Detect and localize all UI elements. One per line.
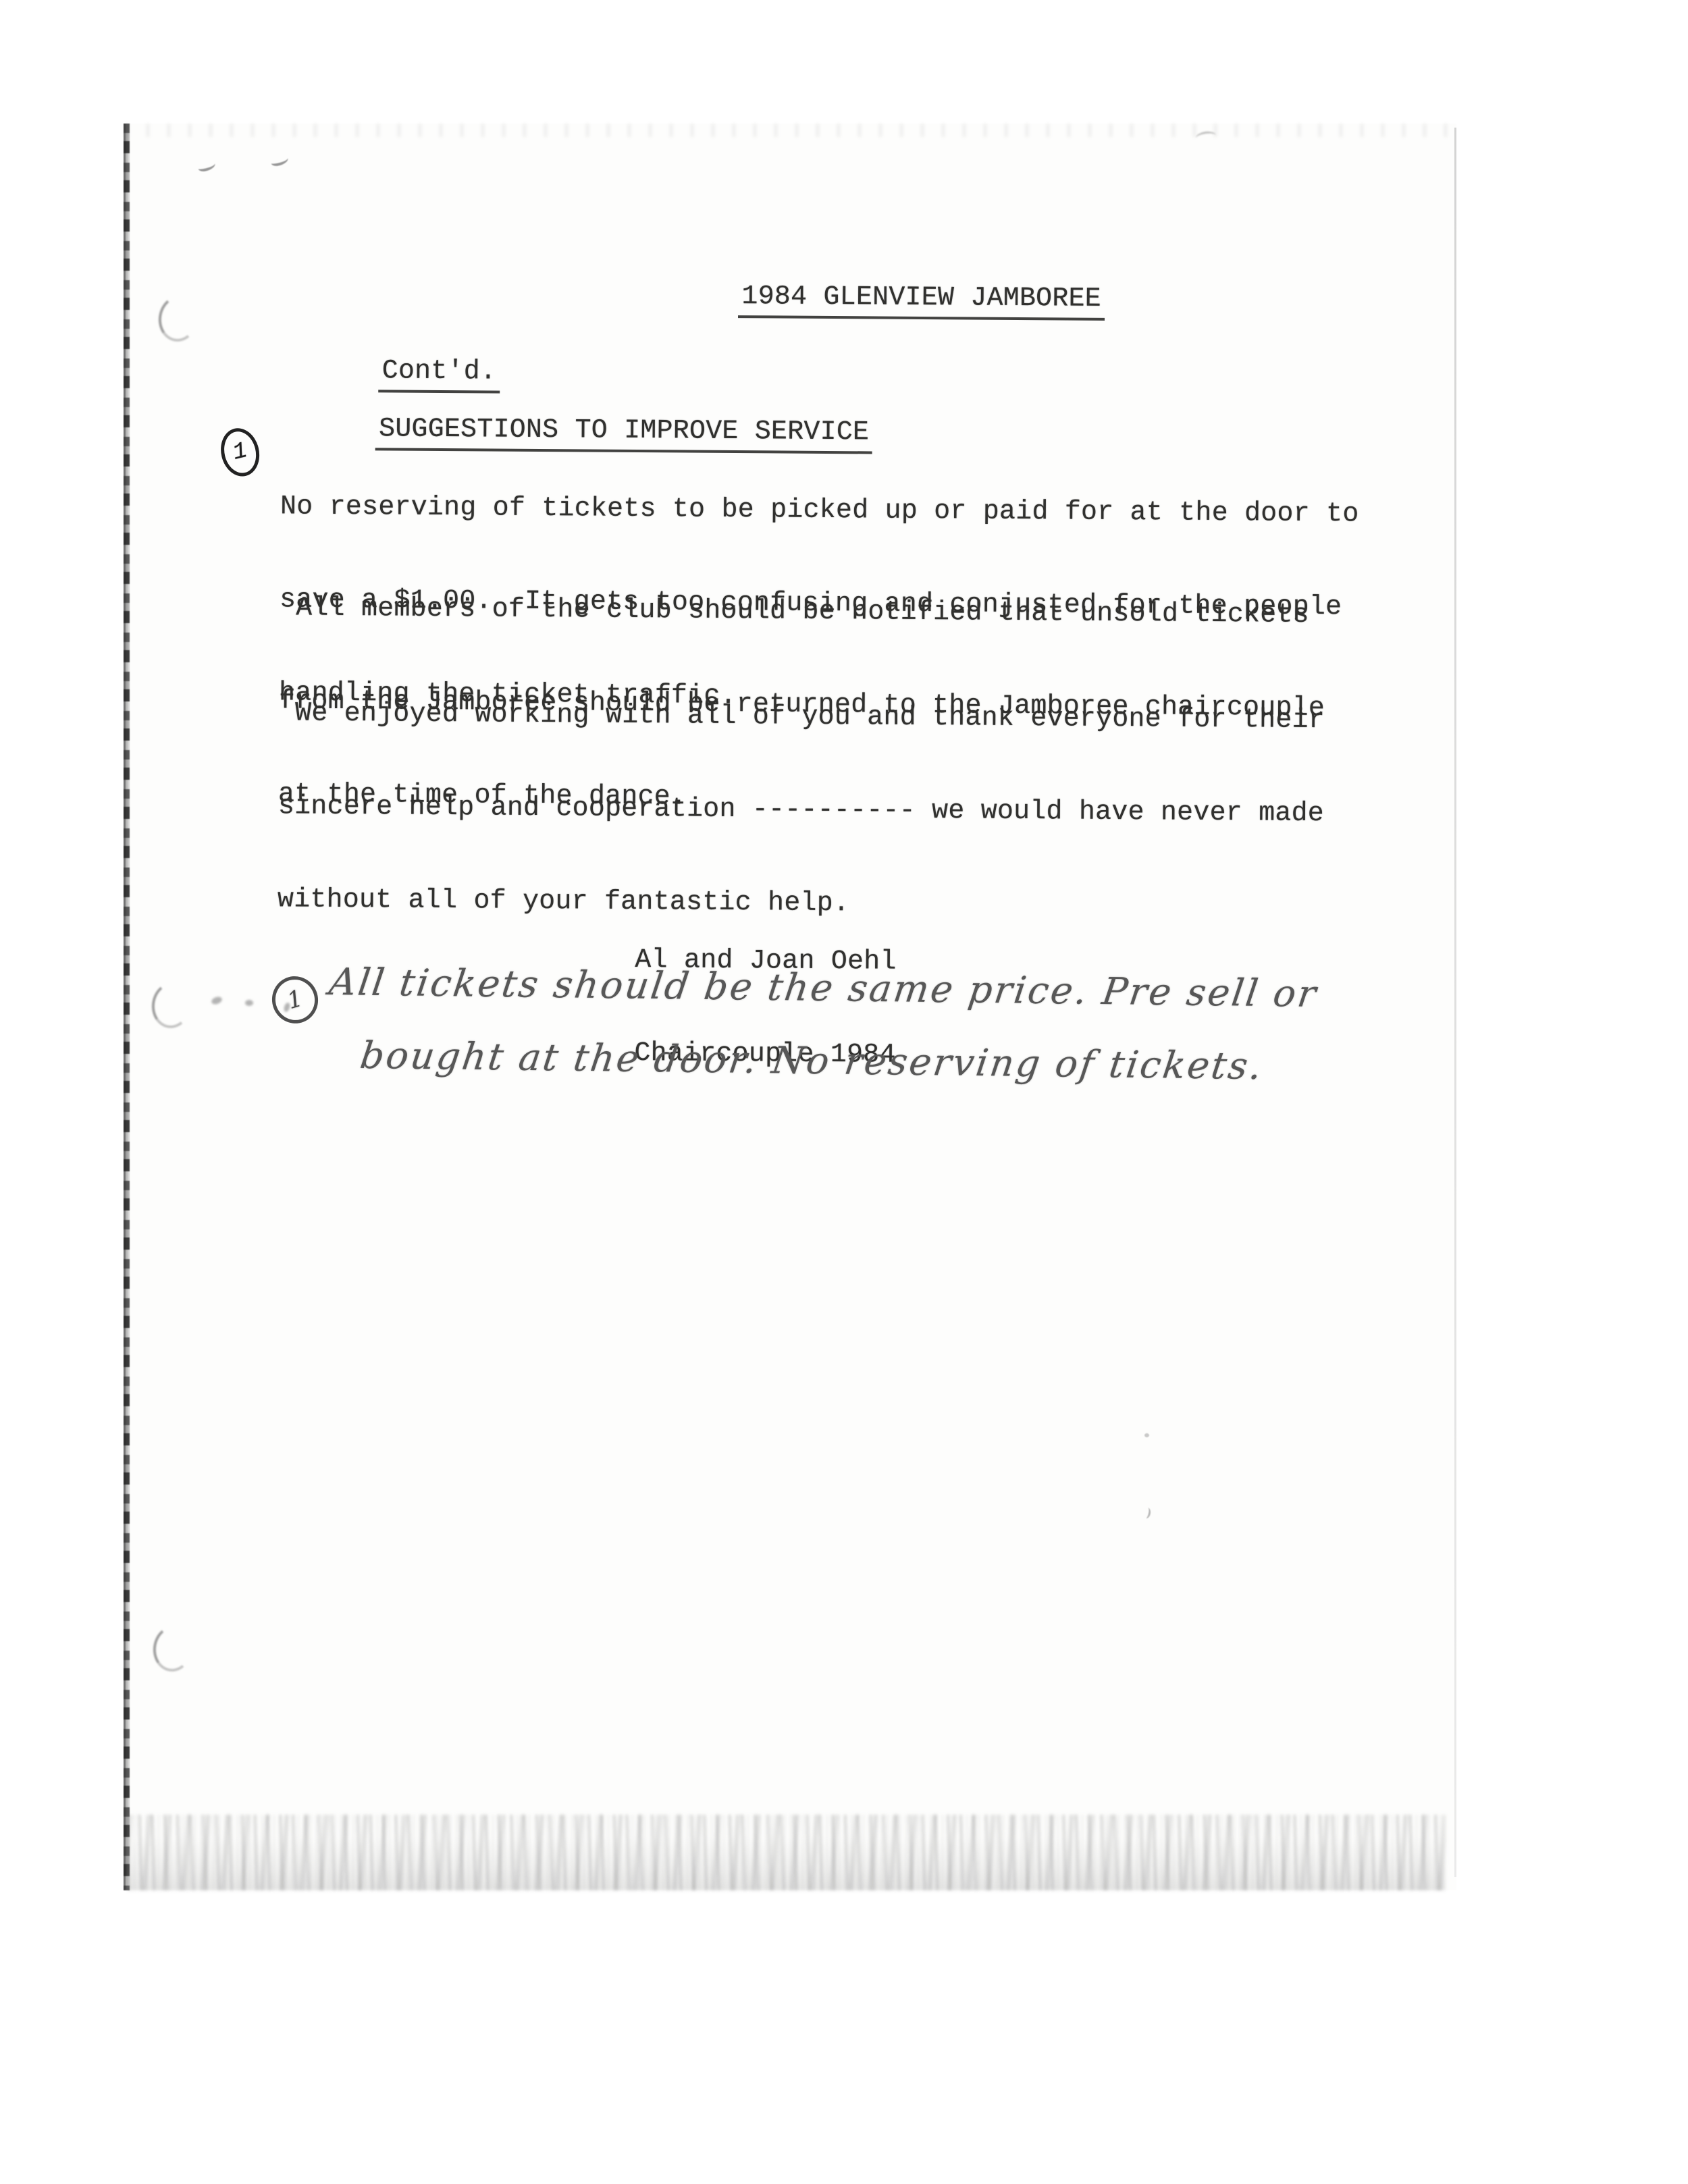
handwritten-layer: 1 All tickets should be the same price. … [125,124,1456,1890]
circled-annotation-marker-handwritten: 1 [267,971,324,1029]
scanned-document-image: { "doc": { "title": "1984 GLENVIEW JAMBO… [0,0,1688,2184]
handwritten-note-line-1: All tickets should be the same price. Pr… [327,960,1321,1015]
scanned-paper-sheet: 1984 GLENVIEW JAMBOREE Cont'd. SUGGESTIO… [125,124,1456,1890]
handwritten-note-line-2: bought at the door. No reserving of tick… [358,1034,1267,1088]
